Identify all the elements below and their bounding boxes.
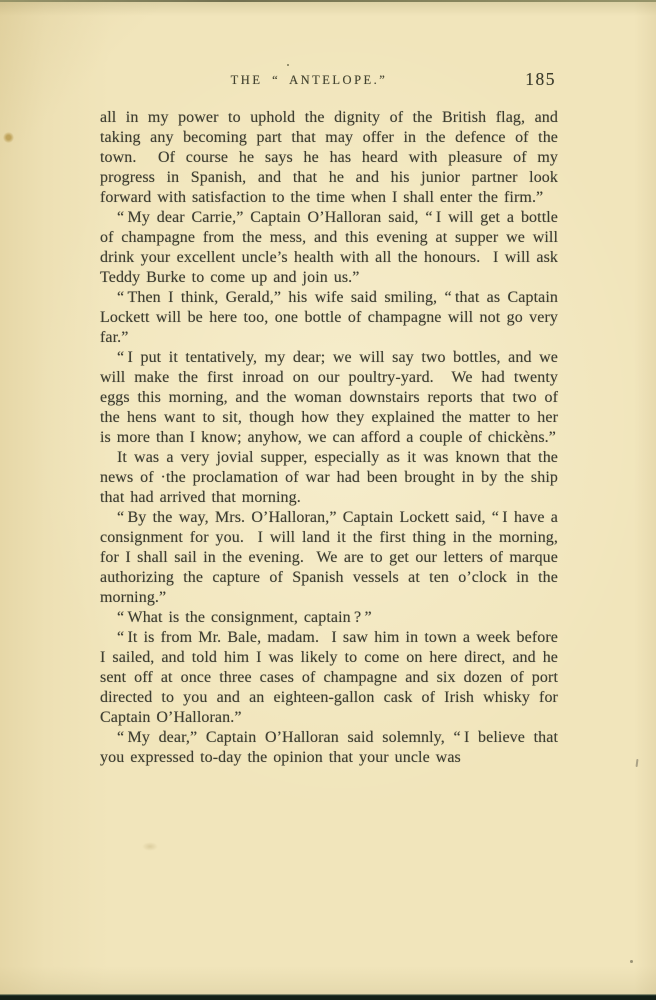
paragraph: all in my power to uphold the dignity of…: [100, 108, 558, 208]
paragraph: “ My dear,” Captain O’Halloran said sole…: [100, 728, 558, 768]
page-body: all in my power to uphold the dignity of…: [100, 108, 558, 768]
ink-dot: [630, 960, 633, 963]
page-top-edge: [0, 0, 656, 2]
paragraph: “ I put it tentatively, my dear; we will…: [100, 348, 558, 448]
paragraph: “ What is the consignment, captain ? ”: [100, 608, 558, 628]
running-header-row: THE “ ANTELOPE.” 185: [100, 73, 558, 93]
running-header-title: THE “ ANTELOPE.”: [100, 73, 518, 88]
paragraph: It was a very jovial supper, especially …: [100, 448, 558, 508]
paper-smudge: [142, 842, 158, 851]
book-page: THE “ ANTELOPE.” 185 all in my power to …: [0, 0, 656, 1000]
ink-fleck: [287, 64, 289, 66]
paragraph: “ By the way, Mrs. O’Halloran,” Captain …: [100, 508, 558, 608]
paragraph: “ It is from Mr. Bale, madam. I saw him …: [100, 628, 558, 728]
paragraph: “ Then I think, Gerald,” his wife said s…: [100, 288, 558, 348]
page-bottom-edge: [0, 994, 656, 1000]
page-number: 185: [525, 69, 556, 90]
ink-dash: [636, 759, 639, 767]
ink-spot: [3, 132, 14, 143]
paragraph: “ My dear Carrie,” Captain O’Halloran sa…: [100, 208, 558, 288]
